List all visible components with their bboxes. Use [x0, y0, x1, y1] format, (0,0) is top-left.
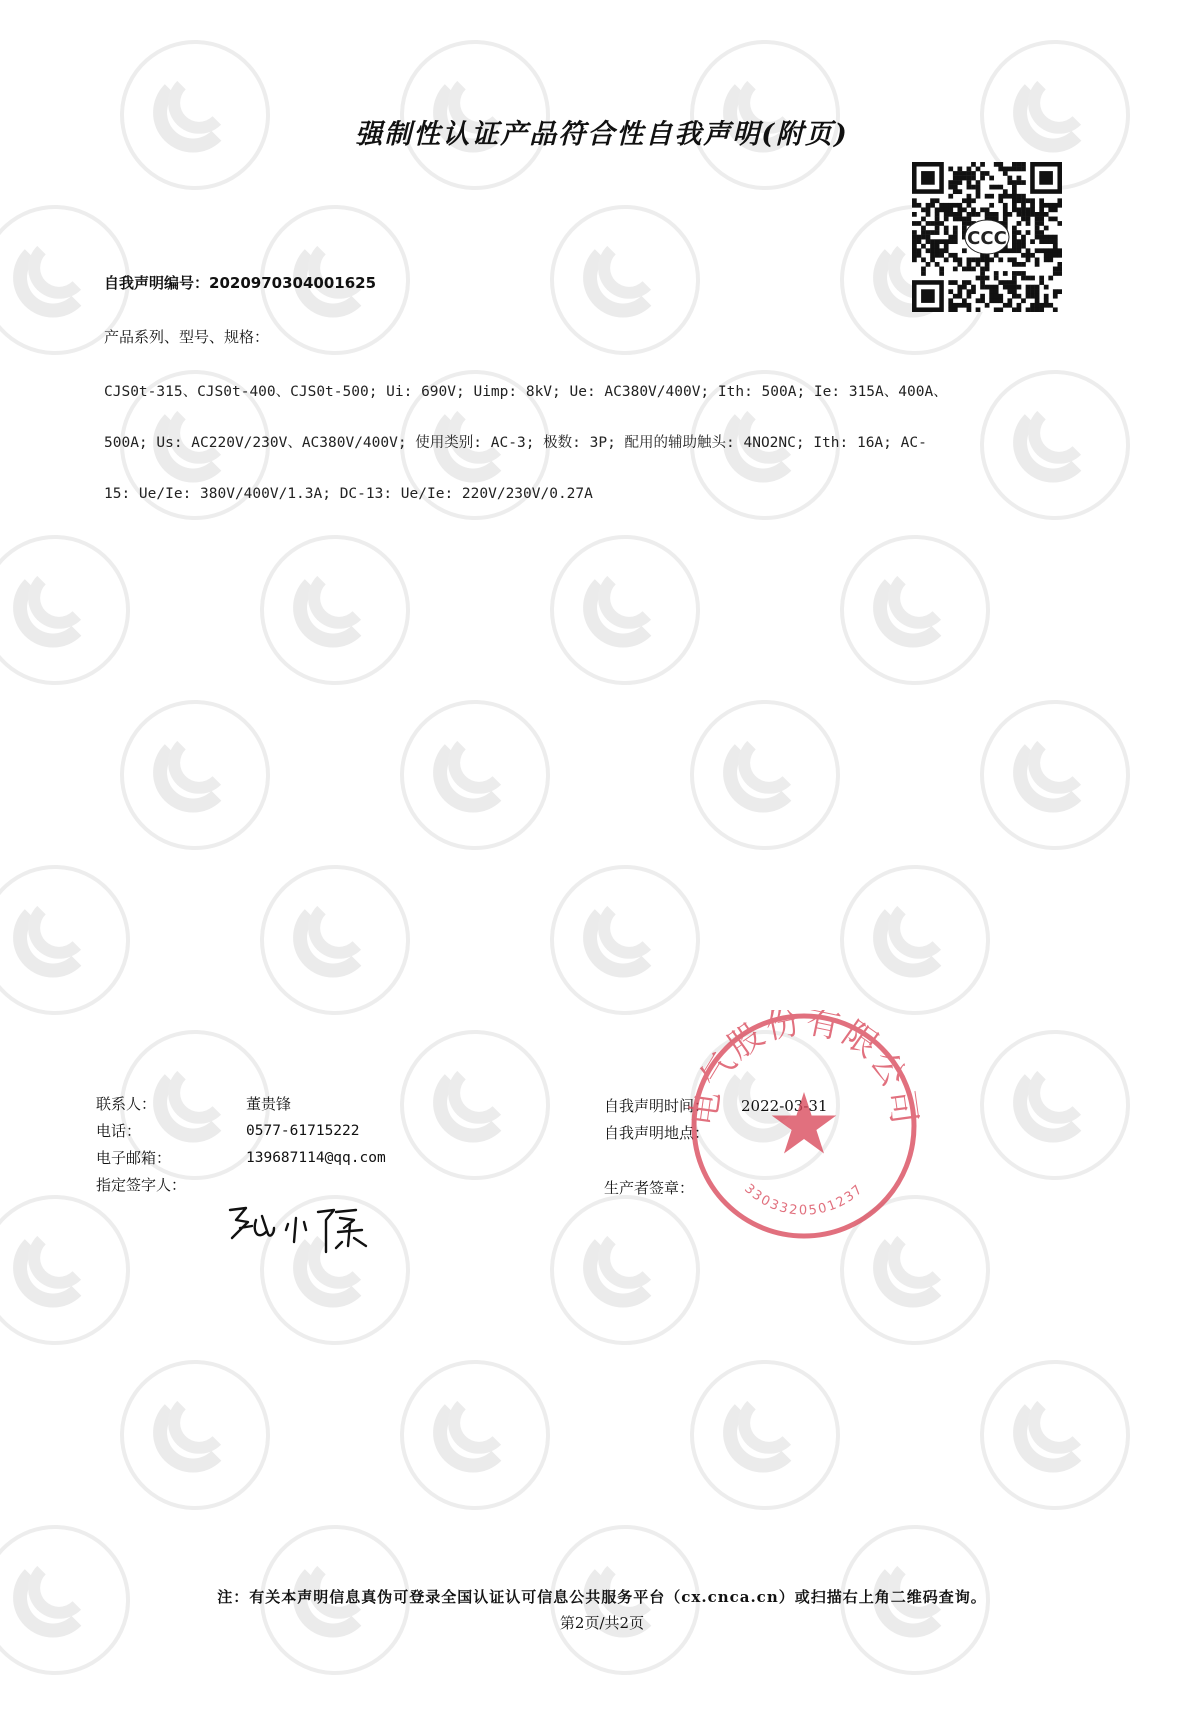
contact-person-value: 董贵锋: [246, 1093, 291, 1114]
footer-note: 注：有关本声明信息真伪可登录全国认证认可信息公共服务平台（cx.cnca.cn）…: [0, 1586, 1204, 1607]
producer-seal-label: 生产者签章：: [604, 1177, 694, 1198]
spec-text: CJS0t-315、CJS0t-400、CJS0t-500; Ui: 690V;…: [104, 350, 1104, 537]
handwritten-signature-icon: [222, 1198, 392, 1258]
phone-label: 电话：: [96, 1120, 246, 1141]
contact-block: 联系人：董贵锋 电话：0577-61715222 电子邮箱：139687114@…: [96, 1090, 386, 1198]
email-label: 电子邮箱：: [96, 1147, 246, 1168]
svg-text:CCC: CCC: [967, 228, 1007, 249]
declaration-number-value: 2020970304001625: [209, 274, 376, 292]
page-number: 第2页/共2页: [0, 1612, 1204, 1633]
spec-label: 产品系列、型号、规格：: [104, 326, 269, 347]
qr-code-icon[interactable]: CCC: [912, 162, 1062, 312]
phone-value: 0577-61715222: [246, 1123, 360, 1139]
company-seal-icon: 电气股份有限公司 3303320501237: [688, 1010, 920, 1242]
declaration-number-label: 自我声明编号：: [104, 274, 209, 292]
spec-line: 15: Ue/Ie: 380V/400V/1.3A; DC-13: Ue/Ie:…: [104, 486, 1104, 503]
email-value: 139687114@qq.com: [246, 1150, 386, 1166]
contact-person-label: 联系人：: [96, 1093, 246, 1114]
declaration-number: 自我声明编号：2020970304001625: [104, 272, 376, 293]
signatory-label: 指定签字人：: [96, 1174, 246, 1195]
svg-text:3303320501237: 3303320501237: [741, 1181, 867, 1218]
spec-line: CJS0t-315、CJS0t-400、CJS0t-500; Ui: 690V;…: [104, 384, 1104, 401]
declaration-page: 强制性认证产品符合性自我声明(附页) CCC 自我声明编号：2020970304…: [0, 0, 1204, 1716]
spec-line: 500A; Us: AC220V/230V、AC380V/400V; 使用类别:…: [104, 435, 1104, 452]
page-title: 强制性认证产品符合性自我声明(附页): [0, 112, 1204, 151]
